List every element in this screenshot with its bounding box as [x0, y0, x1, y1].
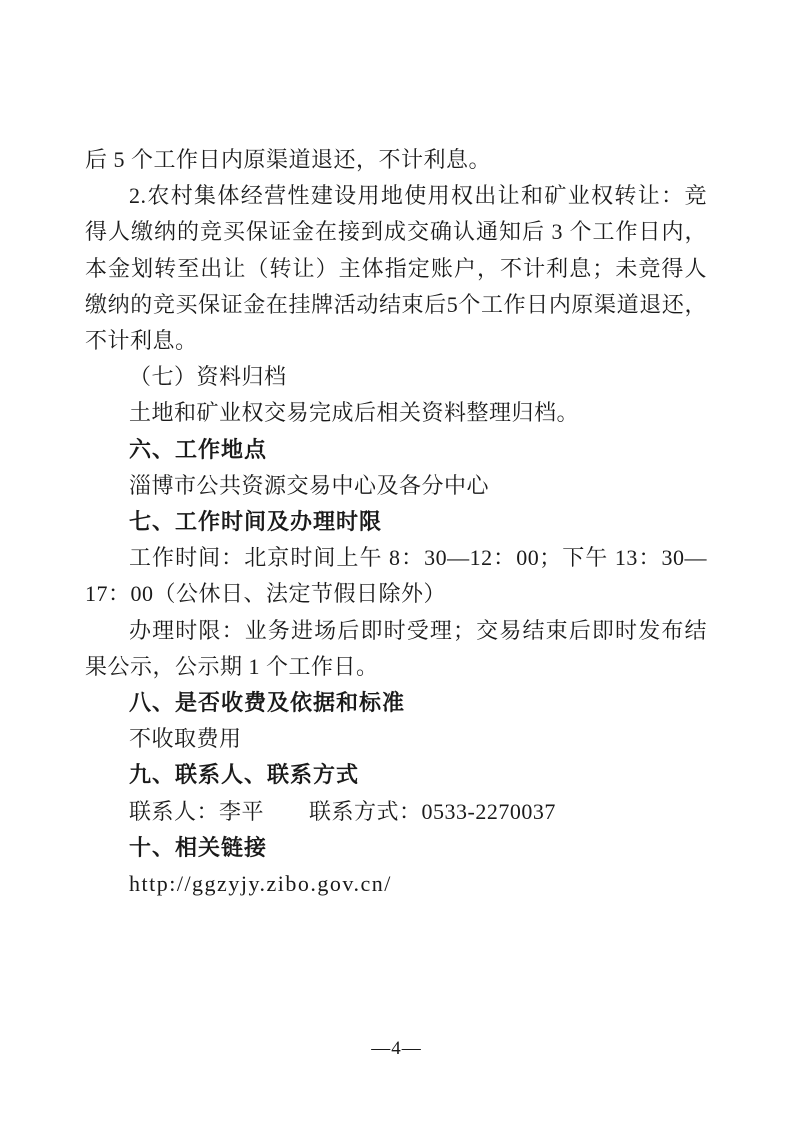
para-website-url: http://ggzyjy.zibo.gov.cn/ [85, 866, 707, 902]
para-contact-info: 联系人：李平 联系方式：0533-2270037 [85, 794, 707, 830]
heading-8-fees: 八、是否收费及依据和标准 [85, 685, 707, 721]
heading-10-related-links: 十、相关链接 [85, 830, 707, 866]
document-body: 后 5 个工作日内原渠道退还，不计利息。 2.农村集体经营性建设用地使用权出让和… [85, 142, 707, 902]
page-number: —4— [0, 1038, 793, 1060]
heading-7-work-hours: 七、工作时间及办理时限 [85, 504, 707, 540]
para-work-location: 淄博市公共资源交易中心及各分中心 [85, 468, 707, 504]
document-page: 后 5 个工作日内原渠道退还，不计利息。 2.农村集体经营性建设用地使用权出让和… [0, 0, 793, 1122]
para-section7-archive-title: （七）资料归档 [85, 359, 707, 395]
para-archive-detail: 土地和矿业权交易完成后相关资料整理归档。 [85, 395, 707, 431]
para-fees: 不收取费用 [85, 721, 707, 757]
heading-9-contact: 九、联系人、联系方式 [85, 757, 707, 793]
para-rural-collective-land: 2.农村集体经营性建设用地使用权出让和矿业权转让：竞得人缴纳的竞买保证金在接到成… [85, 178, 707, 359]
para-processing-timeline: 办理时限：业务进场后即时受理；交易结束后即时发布结果公示，公示期 1 个工作日。 [85, 613, 707, 685]
heading-6-work-location: 六、工作地点 [85, 432, 707, 468]
para-work-hours: 工作时间：北京时间上午 8：30—12：00；下午 13：30—17：00（公休… [85, 540, 707, 612]
para-refund-continuation: 后 5 个工作日内原渠道退还，不计利息。 [85, 142, 707, 178]
